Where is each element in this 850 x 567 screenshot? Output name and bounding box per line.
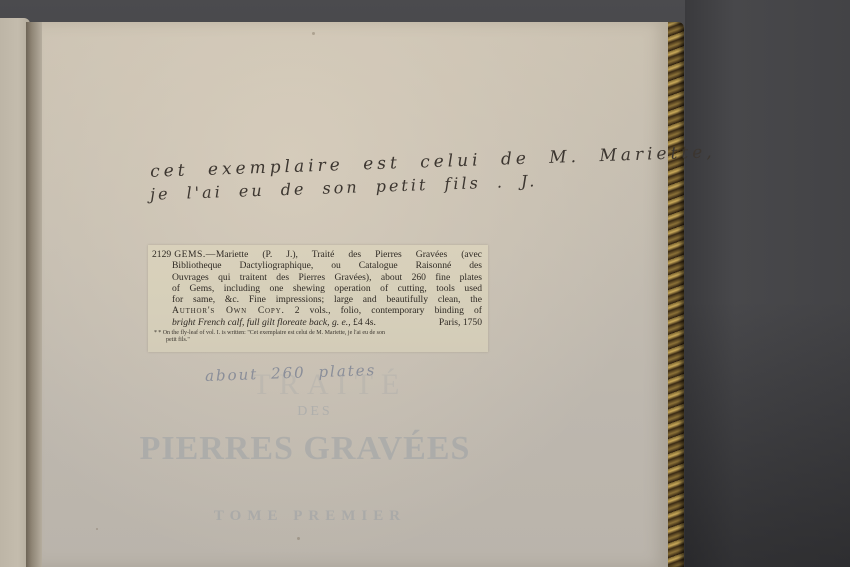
authors-copy: Author's Own Copy.	[172, 305, 285, 316]
bleed-through-des: DES	[265, 404, 365, 420]
clipping-text: Mariette (P. J.), Traité des Pierres Gra…	[216, 249, 482, 260]
background-shadow	[685, 300, 850, 567]
clipping-line-1: 2129GEMS.—Mariette (P. J.), Traité des P…	[152, 249, 482, 260]
page-spot	[96, 528, 98, 530]
gilt-page-edge	[668, 22, 684, 567]
page-spot	[297, 537, 300, 540]
bleed-through-title: PIERRES GRAVÉES	[105, 430, 505, 468]
book-gutter	[26, 22, 42, 567]
clipping-format: 2 vols., folio, contemporary binding of	[295, 305, 482, 316]
lot-heading: GEMS.—	[174, 249, 216, 260]
binding-description: bright French calf, full gilt floreate b…	[172, 317, 351, 328]
clipping-line-2: Bibliotheque Dactyliographique, ou Catal…	[152, 260, 482, 271]
clipping-line-4: of Gems, including one shewing operation…	[152, 283, 482, 294]
page-spot	[312, 32, 315, 35]
footnote-line-2: petit fils."	[154, 337, 482, 344]
lot-number: 2129	[152, 249, 171, 260]
clipping-line-7: bright French calf, full gilt floreate b…	[152, 317, 482, 328]
price: £4 4s.	[353, 317, 376, 328]
clipping-line-6: Author's Own Copy. 2 vols., folio, conte…	[152, 305, 482, 316]
place-date: Paris, 1750	[439, 317, 482, 328]
bleed-through-tome: TOME PREMIER	[190, 508, 430, 525]
footnote-line-1: * * On the fly-leaf of vol. I. is writte…	[154, 330, 385, 336]
catalogue-clipping: 2129GEMS.—Mariette (P. J.), Traité des P…	[148, 245, 488, 352]
clipping-line-5: for same, &c. Fine impressions; large an…	[152, 294, 482, 305]
clipping-footnote: * * On the fly-leaf of vol. I. is writte…	[152, 330, 482, 344]
clipping-line-3: Ouvrages qui traitent des Pierres Gravée…	[152, 272, 482, 283]
